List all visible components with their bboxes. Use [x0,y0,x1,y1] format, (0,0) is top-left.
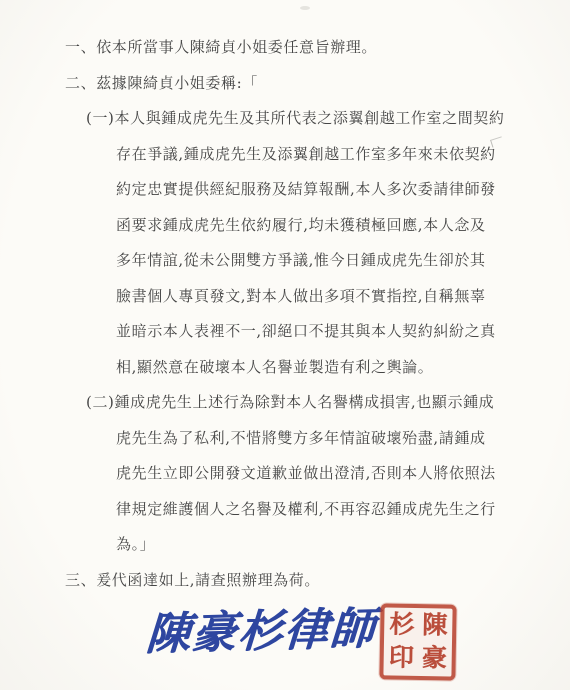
lawyer-signature: 陳豪杉律師 [144,594,388,672]
scanned-letter-page: 一、依本所當事人陳綺貞小姐委任意旨辦理。 二、茲據陳綺貞小姐委稱:「 (一)本人… [0,0,570,690]
letter-line: 為。」 [0,527,570,563]
letter-line: 律規定維護個人之名譽及權利,不再容忍鍾成虎先生之行 [0,492,570,528]
lawyer-seal-stamp: 杉 陳 印 豪 [379,603,456,680]
letter-body: 一、依本所當事人陳綺貞小姐委任意旨辦理。 二、茲據陳綺貞小姐委稱:「 (一)本人… [0,30,570,598]
seal-character: 豪 [417,642,451,676]
seal-character: 杉 [385,608,419,642]
letter-line: 相,顯然意在破壞本人名譽並製造有利之輿論。 [0,350,570,386]
letter-line: 一、依本所當事人陳綺貞小姐委任意旨辦理。 [0,30,570,66]
letter-line: 虎先生立即公開發文道歉並做出澄清,否則本人將依照法 [0,456,570,492]
letter-line: (二)鍾成虎先生上述行為除對本人名譽構成損害,也顯示鍾成 [0,385,570,421]
seal-character: 印 [384,641,418,675]
letter-line: 並暗示本人表裡不一,卻絕口不提其與本人契約糾紛之真 [0,314,570,350]
letter-line: 二、茲據陳綺貞小姐委稱:「 [0,66,570,102]
scan-artifact [300,6,310,10]
letter-line: 函要求鍾成虎先生依約履行,均未獲積極回應,本人念及 [0,208,570,244]
letter-line: 多年情誼,從未公開雙方爭議,惟今日鍾成虎先生卻於其 [0,243,570,279]
letter-line: 臉書個人專頁發文,對本人做出多項不實指控,自稱無辜 [0,279,570,315]
seal-character: 陳 [418,609,452,643]
letter-line: 三、爰代函達如上,請查照辦理為荷。 [0,563,570,599]
letter-line: 約定忠實提供經紀服務及結算報酬,本人多次委請律師發 [0,172,570,208]
letter-line: (一)本人與鍾成虎先生及其所代表之添翼創越工作室之間契約 [0,101,570,137]
letter-line: 虎先生為了私利,不惜將雙方多年情誼破壞殆盡,請鍾成 [0,421,570,457]
letter-line: 存在爭議,鍾成虎先生及添翼創越工作室多年來未依契約 [0,137,570,173]
